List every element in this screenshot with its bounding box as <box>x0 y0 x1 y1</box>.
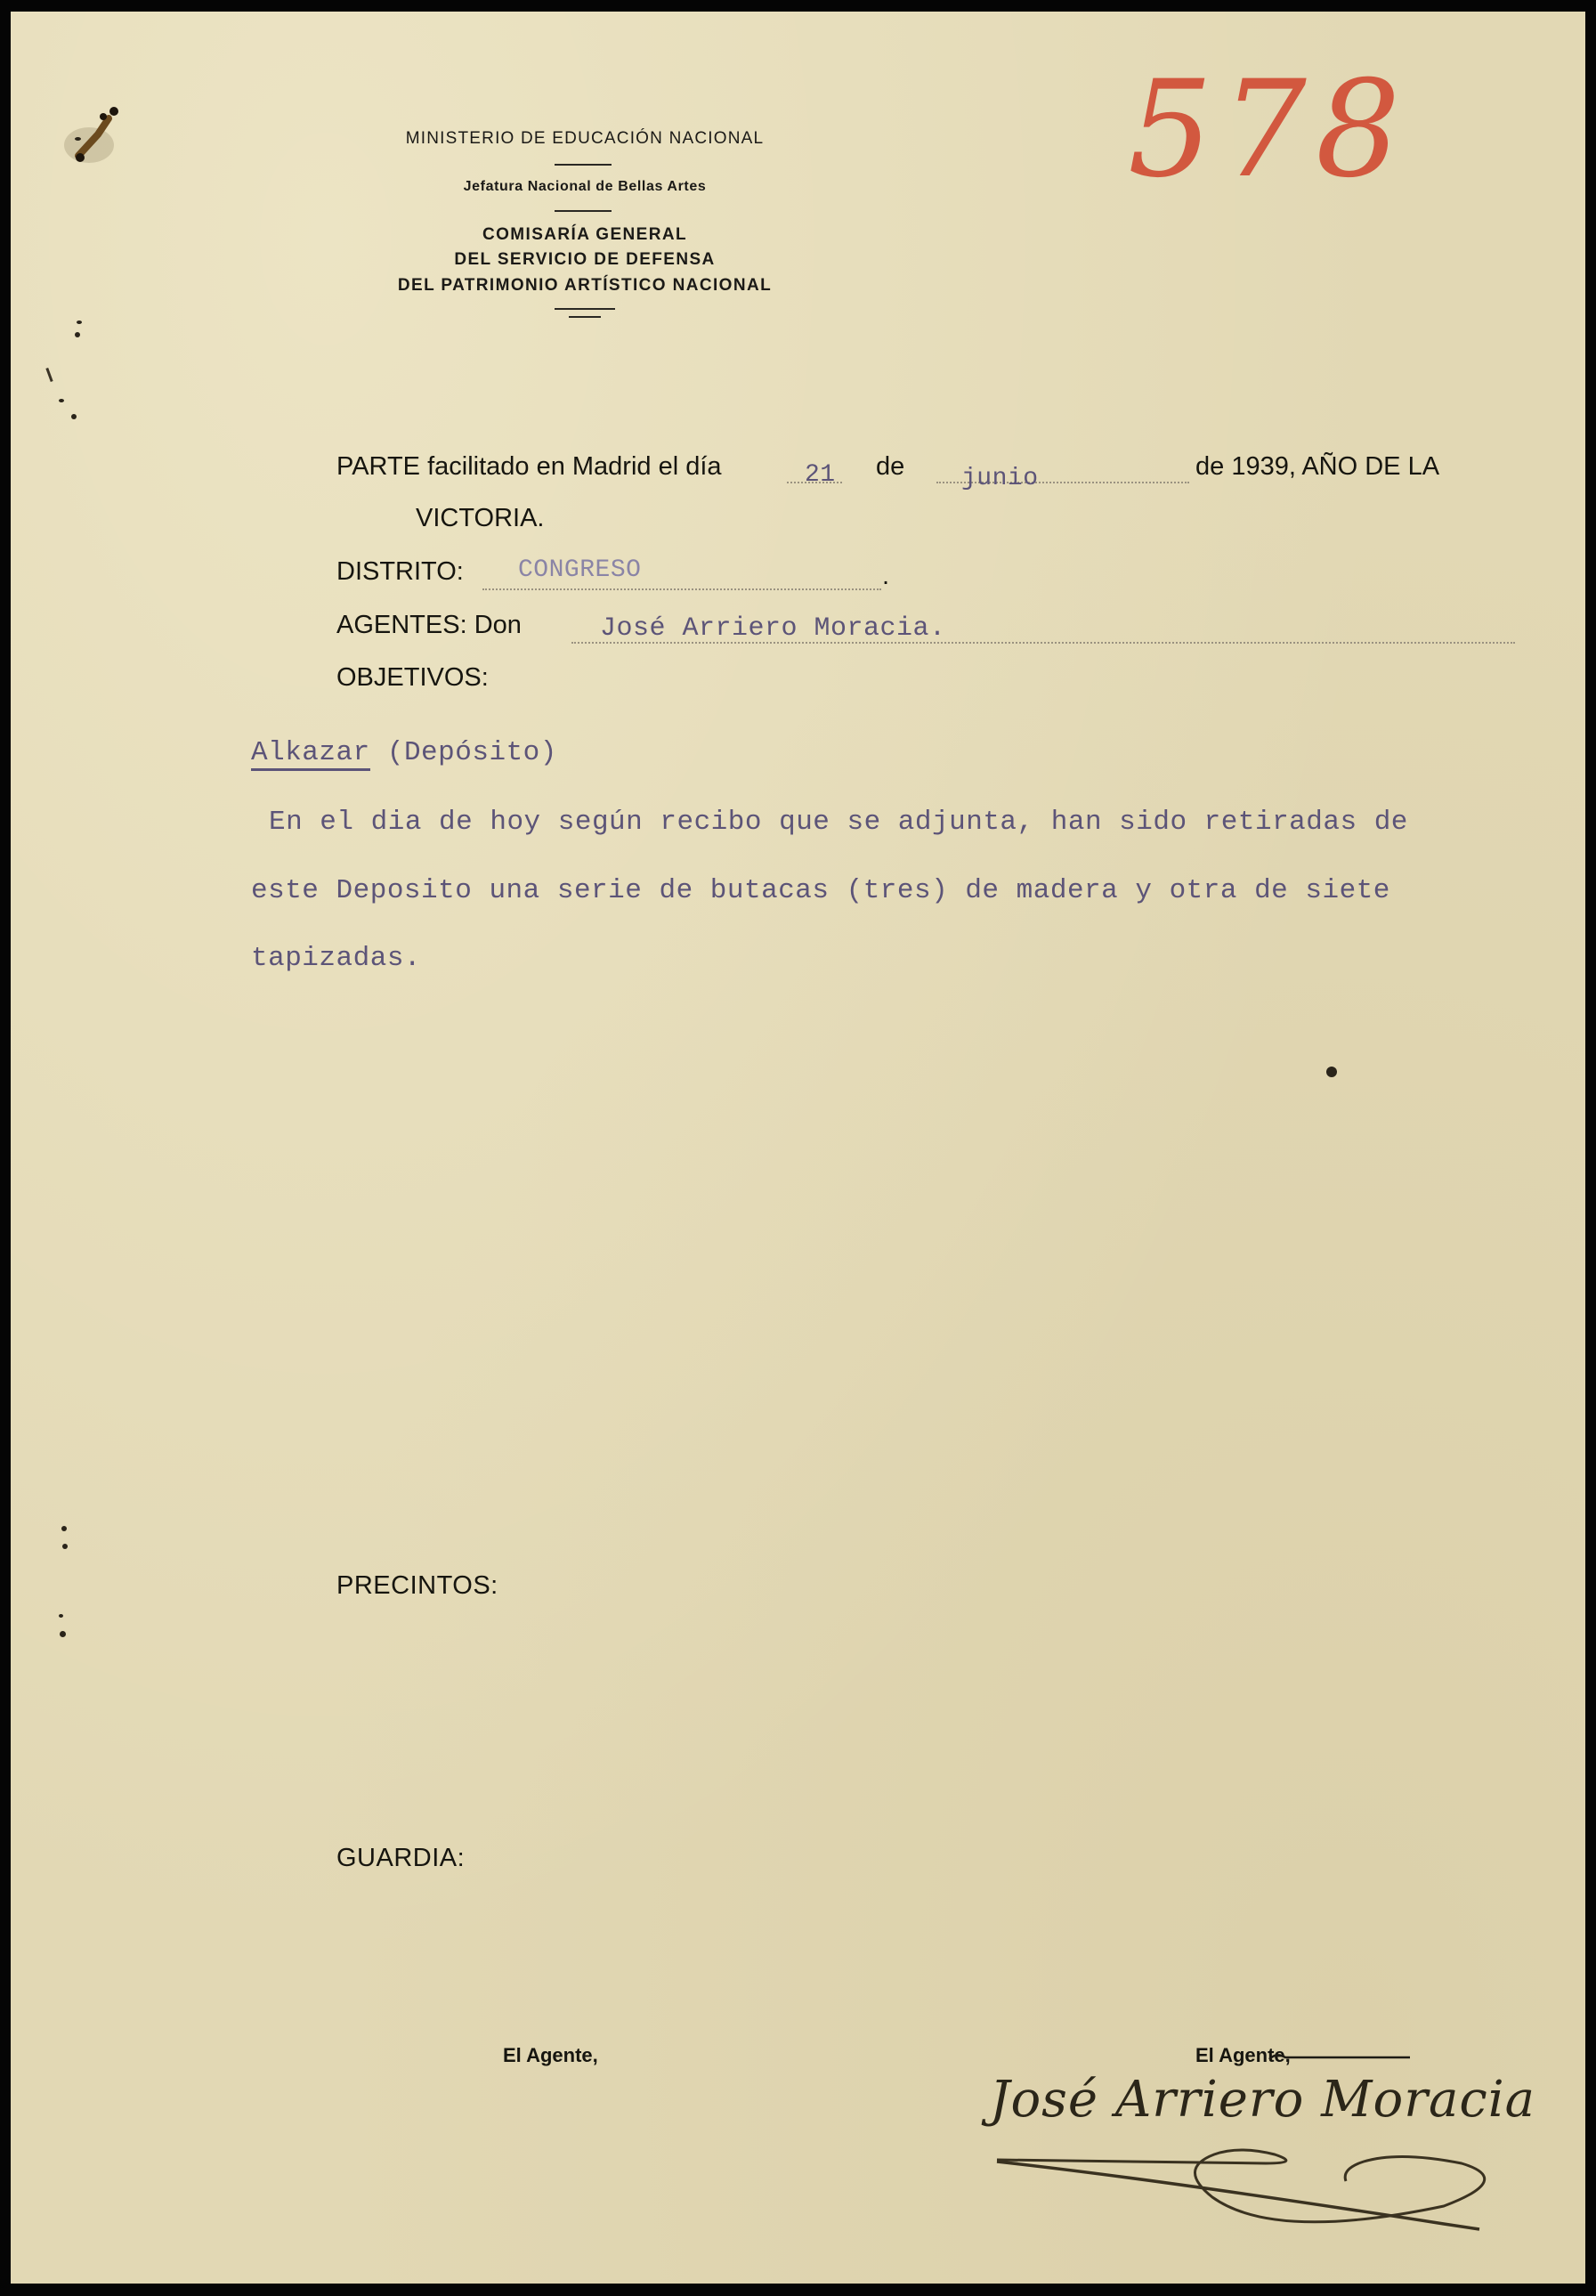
office-heading-line2: DEL SERVICIO DE DEFENSA <box>11 250 1159 270</box>
margin-mark <box>61 1526 67 1531</box>
guard-label: GUARDIA: <box>336 1844 465 1873</box>
header-divider <box>555 164 612 166</box>
header-divider <box>569 316 601 318</box>
district-field: CONGRESO <box>518 556 641 584</box>
objective-title-underlined: Alkazar <box>251 737 370 771</box>
margin-mark <box>75 332 80 337</box>
agent-signature: José Arriero Moracia <box>990 2071 1535 2129</box>
seals-label: PRECINTOS: <box>336 1571 498 1601</box>
signature-flourish-icon <box>981 2144 1515 2242</box>
margin-mark <box>77 320 82 324</box>
ink-dot <box>1326 1067 1337 1077</box>
office-heading-line1: COMISARÍA GENERAL <box>11 225 1159 245</box>
objective-body-line: tapizadas. <box>251 943 421 974</box>
month-field: junio <box>961 465 1039 492</box>
objective-title: Alkazar (Depósito) <box>251 737 557 768</box>
objectives-label: OBJETIVOS: <box>336 663 489 693</box>
report-continuation: VICTORIA. <box>416 504 545 533</box>
district-end-mark: . <box>882 562 889 591</box>
archive-number: 578 <box>1128 63 1409 197</box>
district-label: DISTRITO: <box>336 557 464 587</box>
report-prefix: PARTE facilitado en Madrid el día <box>336 452 722 482</box>
margin-mark <box>59 399 64 402</box>
document-page: MINISTERIO DE EDUCACIÓN NACIONAL Jefatur… <box>11 12 1585 2284</box>
header-divider <box>555 210 612 212</box>
margin-mark <box>71 414 77 419</box>
objective-title-rest: (Depósito) <box>387 737 557 768</box>
agents-label: AGENTES: Don <box>336 611 522 640</box>
header-divider <box>555 308 615 310</box>
agents-field: José Arriero Moracia. <box>600 613 946 644</box>
ministry-heading: MINISTERIO DE EDUCACIÓN NACIONAL <box>11 129 1159 149</box>
signature-dash-icon <box>1268 2050 1419 2065</box>
margin-mark <box>62 1544 68 1549</box>
margin-mark <box>60 1631 66 1637</box>
district-field-leader <box>482 588 881 590</box>
left-agent-label: El Agente, <box>503 2044 598 2067</box>
office-heading-line3: DEL PATRIMONIO ARTÍSTICO NACIONAL <box>11 276 1159 296</box>
day-field: 21 <box>805 461 836 489</box>
objective-body-line: En el dia de hoy según recibo que se adj… <box>269 807 1408 838</box>
report-de: de <box>876 452 904 482</box>
report-suffix: de 1939, AÑO DE LA <box>1195 452 1439 482</box>
objective-body-line: este Deposito una serie de butacas (tres… <box>251 875 1390 906</box>
department-heading: Jefatura Nacional de Bellas Artes <box>11 179 1159 195</box>
margin-mark <box>45 368 53 382</box>
margin-mark <box>59 1614 63 1618</box>
